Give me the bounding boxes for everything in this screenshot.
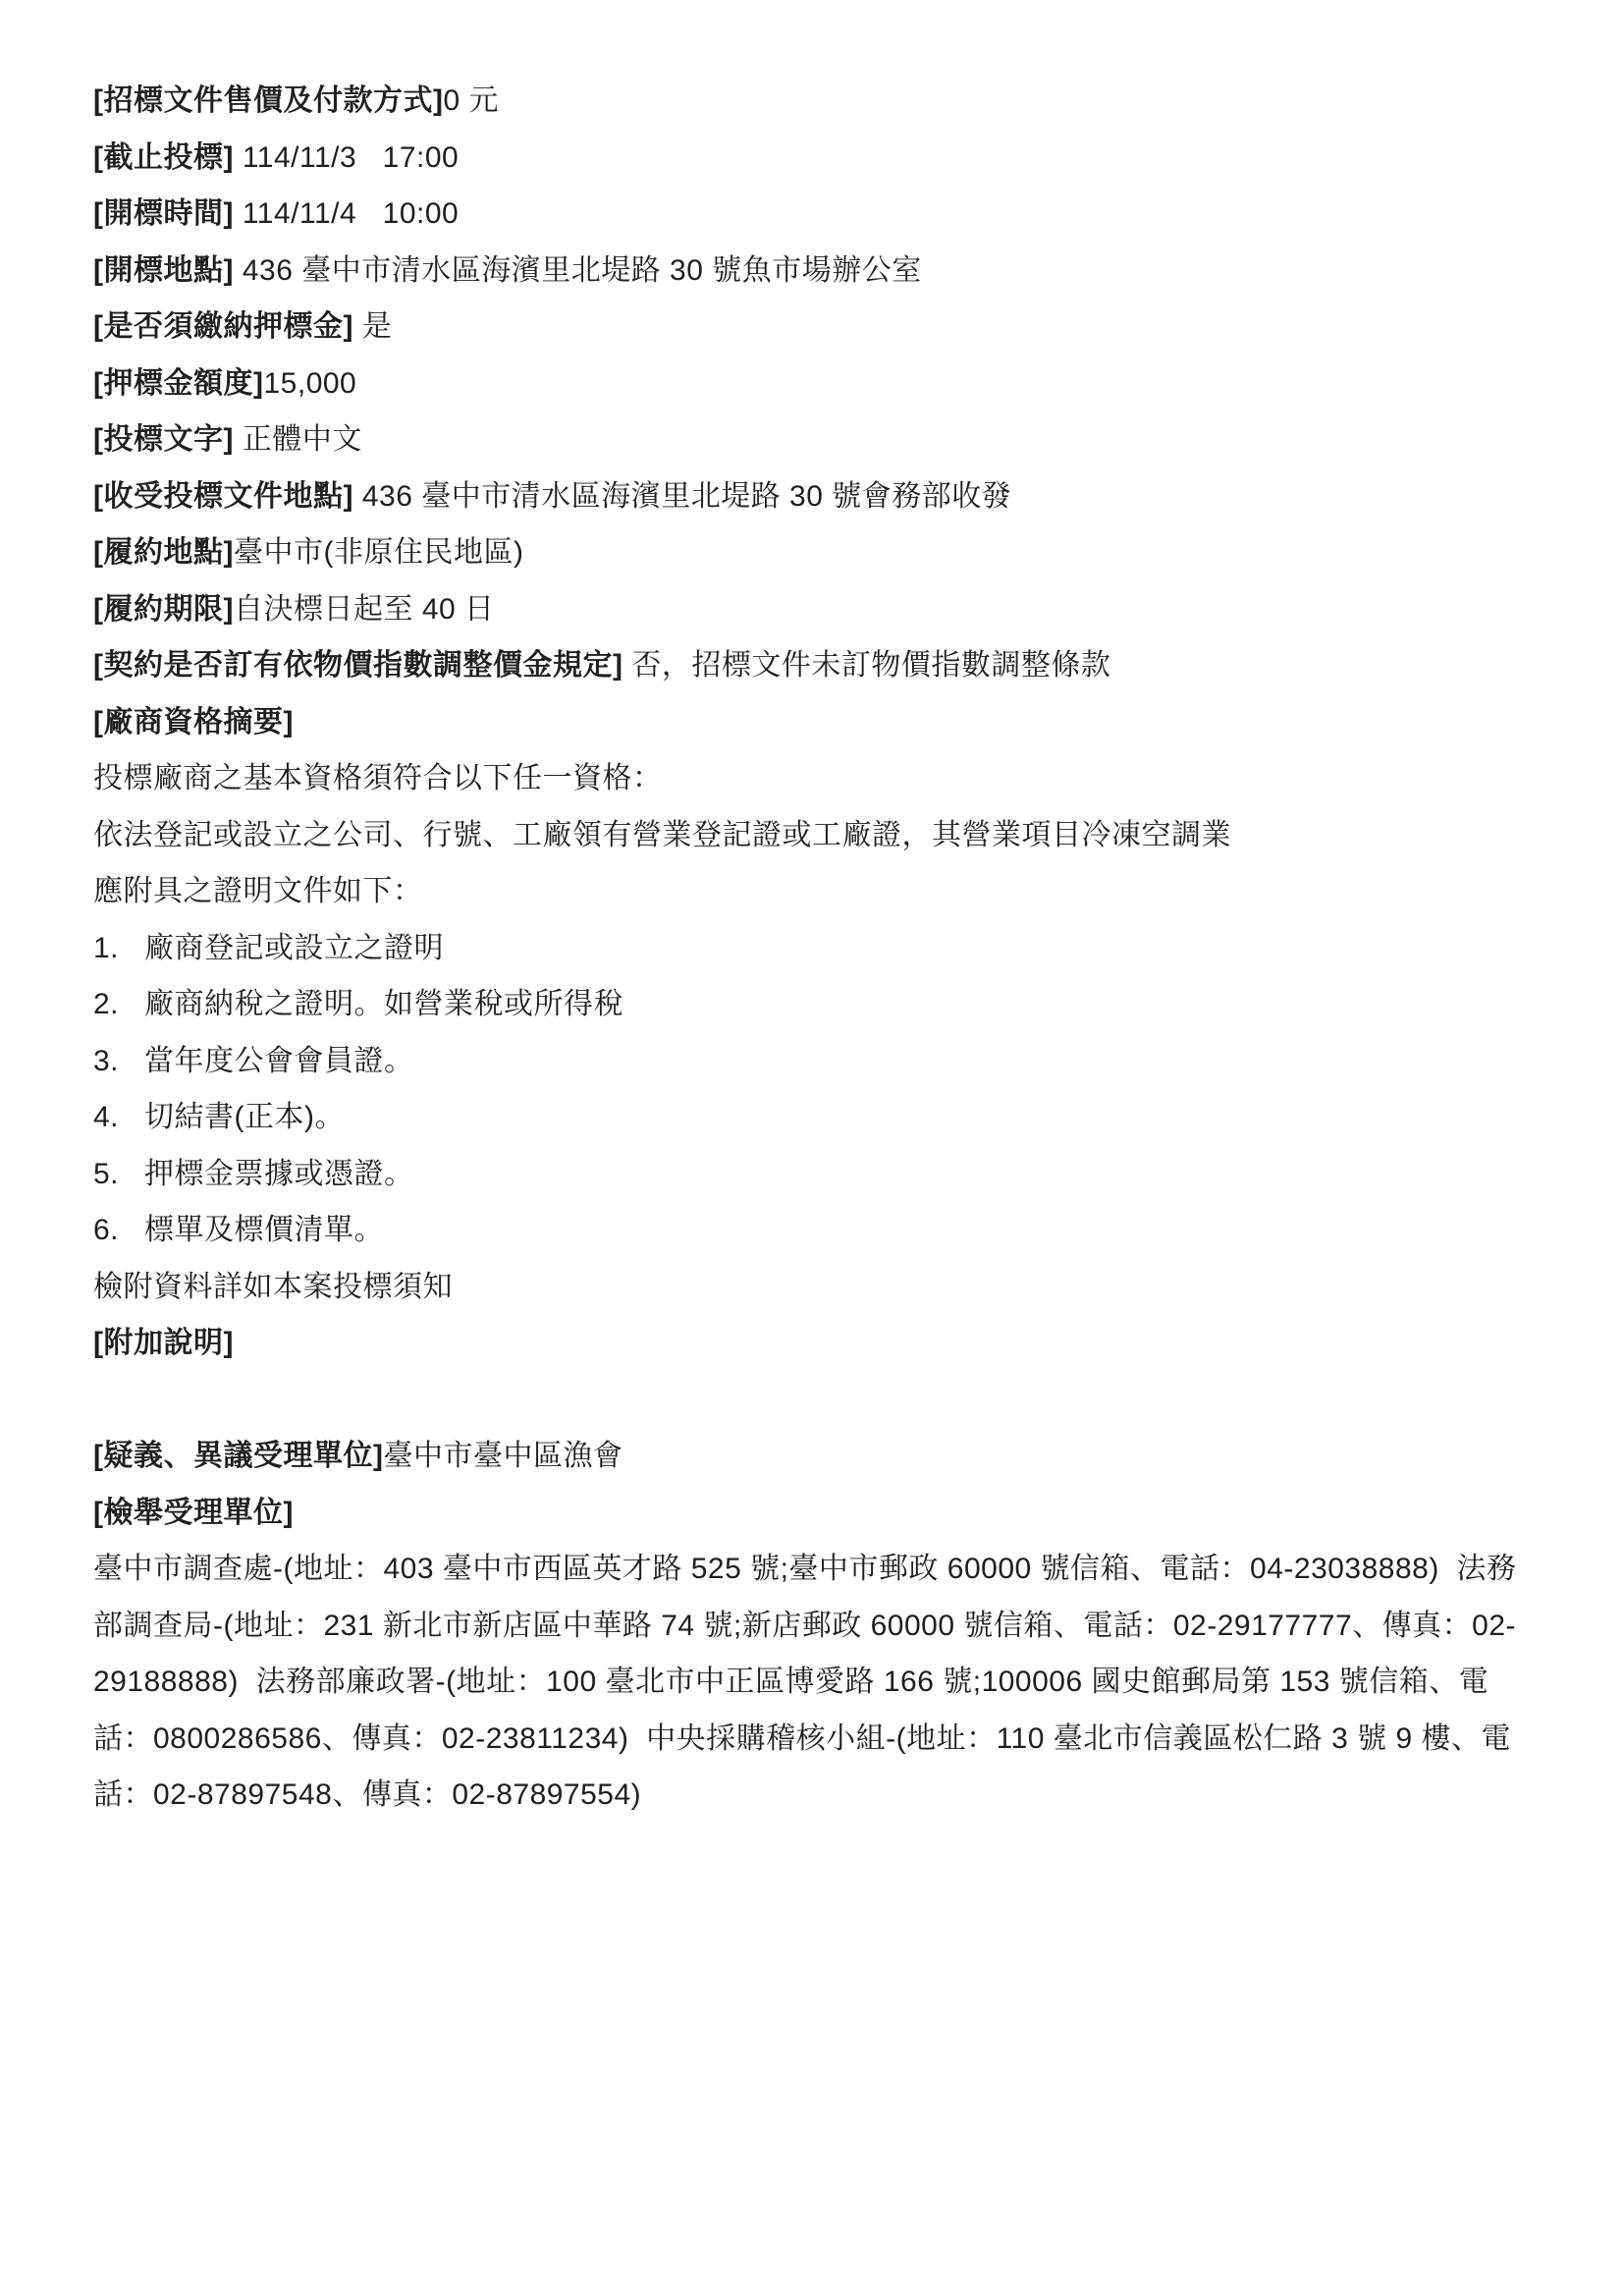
field-label: [開標地點]	[93, 254, 234, 287]
field-line-deposit-required: [是否須繳納押標金] 是	[93, 299, 1542, 355]
field-value: 15,000	[263, 367, 356, 400]
report-units-paragraph: 臺中市調查處-(地址：403 臺中市西區英才路 525 號;臺中市郵政 6000…	[93, 1541, 1542, 1824]
tender-document-page: [招標文件售價及付款方式]0 元 [截止投標] 114/11/3 17:00 […	[0, 0, 1623, 2296]
field-value: 436 臺中市清水區海濱里北堤路 30 號魚市場辦公室	[234, 254, 922, 287]
field-line-deposit-amount: [押標金額度]15,000	[93, 355, 1542, 412]
field-label: [投標文字]	[93, 423, 234, 456]
list-item-number: 6.	[93, 1202, 144, 1259]
blank-line	[93, 1372, 1542, 1429]
qualification-intro-line-1: 投標廠商之基本資格須符合以下任一資格：	[93, 750, 1542, 807]
field-value: 自決標日起至 40 日	[234, 593, 495, 626]
field-line-performance-location: [履約地點]臺中市(非原住民地區)	[93, 524, 1542, 581]
list-item-text: 切結書(正本)。	[144, 1101, 345, 1133]
field-value: 否，招標文件未訂物價指數調整條款	[622, 649, 1110, 682]
qualification-intro-line-2: 依法登記或設立之公司、行號、工廠領有營業登記證或工廠證，其營業項目冷凍空調業	[93, 807, 1542, 864]
list-item-number: 4.	[93, 1089, 144, 1146]
field-line-bid-deadline: [截止投標] 114/11/3 17:00	[93, 130, 1542, 187]
list-item-text: 當年度公會會員證。	[144, 1045, 414, 1077]
field-line-opening-time: [開標時間] 114/11/4 10:00	[93, 186, 1542, 243]
field-label: [收受投標文件地點]	[93, 480, 353, 513]
list-item-number: 2.	[93, 976, 144, 1033]
field-label: [履約期限]	[93, 593, 234, 626]
list-item-4: 4.切結書(正本)。	[93, 1089, 1542, 1146]
field-label: [契約是否訂有依物價指數調整價金規定]	[93, 649, 622, 682]
field-value: 是	[353, 310, 392, 343]
report-unit-label-line: [檢舉受理單位]	[93, 1485, 1542, 1542]
field-line-vendor-qualification-summary: [廠商資格摘要]	[93, 694, 1542, 751]
list-item-3: 3.當年度公會會員證。	[93, 1033, 1542, 1090]
list-item-number: 3.	[93, 1033, 144, 1090]
field-line-bid-receiving-location: [收受投標文件地點] 436 臺中市清水區海濱里北堤路 30 號會務部收發	[93, 468, 1542, 525]
list-item-text: 標單及標價清單。	[144, 1214, 384, 1246]
field-label: [截止投標]	[93, 141, 234, 174]
field-label: [廠商資格摘要]	[93, 706, 294, 738]
list-item-text: 廠商登記或設立之證明	[144, 932, 444, 964]
field-line-price-index-adjustment: [契約是否訂有依物價指數調整價金規定] 否，招標文件未訂物價指數調整條款	[93, 637, 1542, 694]
qualification-outro-line: 檢附資料詳如本案投標須知	[93, 1259, 1542, 1316]
dispute-unit-line: [疑義、異議受理單位]臺中市臺中區漁會	[93, 1428, 1542, 1485]
field-label: [開標時間]	[93, 197, 234, 230]
field-line-document-price: [招標文件售價及付款方式]0 元	[93, 73, 1542, 130]
field-label: [履約地點]	[93, 536, 234, 569]
additional-note-label-line: [附加說明]	[93, 1315, 1542, 1372]
list-item-5: 5.押標金票據或憑證。	[93, 1146, 1542, 1203]
field-line-bid-language: [投標文字] 正體中文	[93, 411, 1542, 468]
list-item-text: 廠商納稅之證明。如營業稅或所得稅	[144, 988, 623, 1020]
list-item-number: 1.	[93, 920, 144, 977]
field-value: 0 元	[443, 84, 499, 117]
list-item-2: 2.廠商納稅之證明。如營業稅或所得稅	[93, 976, 1542, 1033]
field-label: [疑義、異議受理單位]	[93, 1440, 383, 1472]
field-line-opening-location: [開標地點] 436 臺中市清水區海濱里北堤路 30 號魚市場辦公室	[93, 243, 1542, 300]
list-item-text: 押標金票據或憑證。	[144, 1158, 414, 1190]
field-value: 臺中市臺中區漁會	[383, 1440, 622, 1472]
field-value: 臺中市(非原住民地區)	[234, 536, 523, 569]
field-label: [押標金額度]	[93, 367, 263, 400]
field-label: [檢舉受理單位]	[93, 1497, 294, 1529]
field-label: [招標文件售價及付款方式]	[93, 84, 443, 117]
field-label: [是否須繳納押標金]	[93, 310, 353, 343]
field-line-performance-period: [履約期限]自決標日起至 40 日	[93, 581, 1542, 638]
field-value: 114/11/4 10:00	[234, 197, 459, 230]
list-item-6: 6.標單及標價清單。	[93, 1202, 1542, 1259]
field-value: 正體中文	[234, 423, 362, 456]
qualification-intro-line-3: 應附具之證明文件如下：	[93, 863, 1542, 920]
list-item-1: 1.廠商登記或設立之證明	[93, 920, 1542, 977]
field-label: [附加說明]	[93, 1327, 234, 1359]
field-value: 114/11/3 17:00	[234, 141, 459, 174]
field-value: 436 臺中市清水區海濱里北堤路 30 號會務部收發	[353, 480, 1011, 513]
list-item-number: 5.	[93, 1146, 144, 1203]
